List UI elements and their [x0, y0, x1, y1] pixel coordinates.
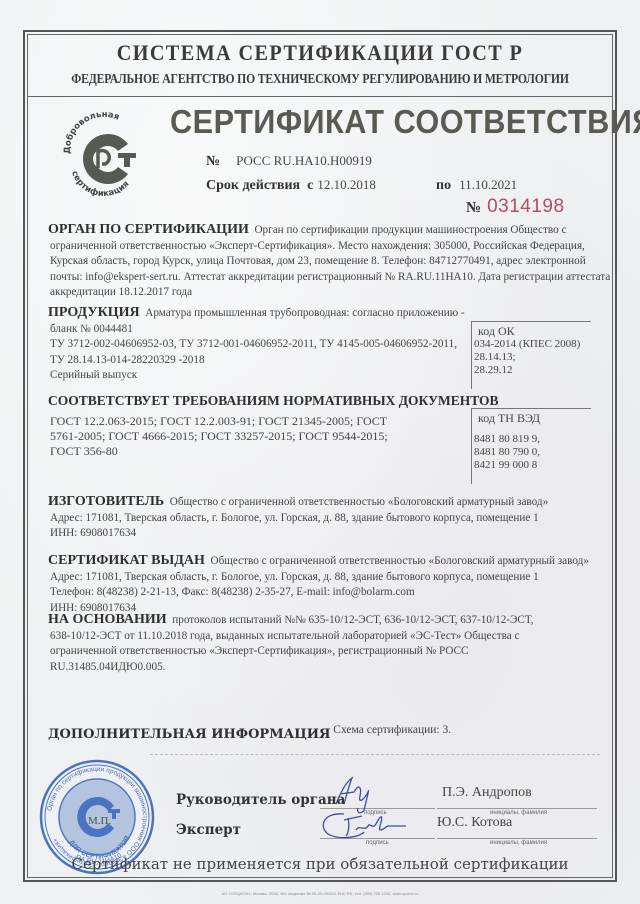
- manufacturer-line: Адрес: 171081, Тверская область, г. Боло…: [50, 511, 548, 527]
- issued-to-section: СЕРТИФИКАТ ВЫДАН Общество с ограниченной…: [48, 553, 589, 616]
- certification-body-line: аккредитации 18.12.2017 года: [50, 285, 610, 301]
- issued-to-details: Адрес: 171081, Тверская область, г. Боло…: [48, 570, 589, 617]
- okpd-code-values: 034-2014 (КПЕС 2008)28.14.13;28.29.12: [474, 338, 591, 377]
- tnved-code-line: 8421 99 000 8: [474, 459, 591, 472]
- issued-to-line: Адрес: 171081, Тверская область, г. Боло…: [50, 570, 589, 586]
- additional-info-section: ДОПОЛНИТЕЛЬНАЯ ИНФОРМАЦИЯ Схема сертифик…: [48, 723, 451, 744]
- system-title: СИСТЕМА СЕРТИФИКАЦИИ ГОСТ Р: [26, 40, 615, 66]
- basis-heading: НА ОСНОВАНИИ: [48, 612, 167, 627]
- serial-number-sign: №: [466, 200, 481, 216]
- head-name-line: [437, 808, 597, 809]
- product-line: ТУ 28.14.13-014-28220329 -2018: [50, 353, 465, 369]
- valid-until-label: по: [436, 178, 451, 193]
- okpd-code-line: 28.29.12: [474, 364, 591, 377]
- standard-line: ГОСТ 12.2.063-2015; ГОСТ 12.2.003-91; ГО…: [50, 414, 499, 429]
- expert-name: Ю.С. Котова: [437, 815, 512, 831]
- voluntary-certification-logo: Добровольная сертификация: [58, 112, 148, 202]
- basis-line: ограниченной ответственностью «Эксперт-С…: [50, 644, 533, 660]
- certification-body-details: ограниченной ответственностью «Эксперт-С…: [48, 239, 610, 301]
- additional-info-rule: [150, 754, 600, 755]
- basis-section: НА ОСНОВАНИИ протоколов испытаний №№ 635…: [48, 612, 533, 675]
- expert-signature-icon: [314, 806, 414, 846]
- serial-number: 0314198: [487, 196, 564, 217]
- okpd-code-line: 034-2014 (КПЕС 2008): [474, 338, 591, 351]
- okpd-code-line: 28.14.13;: [474, 351, 591, 364]
- head-name: П.Э. Андропов: [442, 785, 532, 801]
- basis-first-line: протоколов испытаний №№ 635-10/12-ЭСТ, 6…: [172, 614, 533, 626]
- issued-to-line: Телефон: 8(48238) 2-21-13, Факс: 8(48238…: [50, 585, 589, 601]
- valid-from-date: 12.10.2018: [317, 177, 376, 192]
- stamp-center-text: М.П.: [88, 815, 111, 827]
- manufacturer-details: Адрес: 171081, Тверская область, г. Боло…: [48, 511, 548, 542]
- manufacturer-first-line: Общество с ограниченной ответственностью…: [170, 496, 548, 508]
- product-section: ПРОДУКЦИЯ Арматура промышленная трубопро…: [48, 305, 465, 384]
- agency-name: ФЕДЕРАЛЬНОЕ АГЕНТСТВО ПО ТЕХНИЧЕСКОМУ РЕ…: [45, 71, 595, 87]
- product-line: бланк № 0044481: [50, 322, 465, 338]
- certificate-title: СЕРТИФИКАТ СООТВЕТСТВИЯ: [170, 103, 640, 141]
- basis-line: RU.31485.04ИДЮ0.005.: [50, 660, 533, 676]
- additional-info-text: Схема сертификации: 3.: [333, 724, 451, 736]
- certification-body-heading: ОРГАН ПО СЕРТИФИКАЦИИ: [48, 222, 249, 237]
- serial-number-row: №0314198: [466, 196, 565, 218]
- standard-line: ГОСТ 356-80: [50, 444, 499, 459]
- printer-imprint: АО «ОПЦИОН», Москва, 2018, «Б» лицензия …: [0, 891, 640, 896]
- pct-logo-icon: Добровольная сертификация: [58, 112, 148, 202]
- issued-to-first-line: Общество с ограниченной ответственностью…: [211, 555, 589, 567]
- product-first-line: Арматура промышленная трубопроводная: со…: [145, 307, 464, 319]
- conformity-standards: ГОСТ 12.2.063-2015; ГОСТ 12.2.003-91; ГО…: [48, 414, 499, 459]
- issued-to-heading: СЕРТИФИКАТ ВЫДАН: [48, 553, 205, 568]
- standard-line: 5761-2005; ГОСТ 4666-2015; ГОСТ 33257-20…: [50, 429, 499, 444]
- product-line: Серийный выпуск: [50, 368, 465, 384]
- header-divider: [27, 96, 613, 97]
- conformity-section: СООТВЕТСТВУЕТ ТРЕБОВАНИЯМ НОРМАТИВНЫХ ДО…: [48, 393, 499, 459]
- manufacturer-heading: ИЗГОТОВИТЕЛЬ: [48, 494, 164, 509]
- tnved-code-values: 8481 80 819 9,8481 80 790 0,8421 99 000 …: [474, 433, 591, 472]
- certification-body-first-line: Орган по сертификации продукции машиност…: [254, 224, 566, 236]
- registration-number: РОСС RU.HA10.H00919: [236, 153, 372, 168]
- certification-body-line: почты: info@ekspert-sert.ru. Аттестат ак…: [50, 270, 610, 286]
- manufacturer-line: ИНН: 6908017634: [50, 526, 548, 542]
- tnved-code-box: код ТН ВЭД 8481 80 819 9,8481 80 790 0,8…: [471, 408, 591, 484]
- registration-number-row: №РОСС RU.HA10.H00919: [206, 152, 372, 170]
- product-heading: ПРОДУКЦИЯ: [48, 305, 140, 320]
- additional-info-heading: ДОПОЛНИТЕЛЬНАЯ ИНФОРМАЦИЯ: [48, 727, 331, 742]
- okpd-code-box: код ОК 034-2014 (КПЕС 2008)28.14.13;28.2…: [471, 321, 591, 389]
- footnote: Сертификат не применяется при обязательн…: [0, 855, 640, 873]
- product-line: ТУ 3712-002-04606952-03, ТУ 3712-001-046…: [50, 337, 465, 353]
- expert-label: Эксперт: [176, 822, 241, 838]
- tnved-code-caption: код ТН ВЭД: [474, 412, 591, 425]
- okpd-code-caption: код ОК: [474, 325, 591, 338]
- certification-body-line: Курская область, город Курск, улица Почт…: [50, 254, 610, 270]
- validity-until-row: по11.10.2021: [436, 177, 517, 194]
- conformity-heading: СООТВЕТСТВУЕТ ТРЕБОВАНИЯМ НОРМАТИВНЫХ ДО…: [48, 393, 499, 408]
- product-details: бланк № 0044481ТУ 3712-002-04606952-03, …: [48, 322, 465, 384]
- certification-body-section: ОРГАН ПО СЕРТИФИКАЦИИ Орган по сертифика…: [48, 222, 610, 301]
- validity-label: Срок действия с: [206, 178, 313, 193]
- number-sign: №: [206, 154, 220, 169]
- expert-name-caption: инициалы, фамилия: [490, 840, 547, 846]
- manufacturer-section: ИЗГОТОВИТЕЛЬ Общество с ограниченной отв…: [48, 494, 548, 542]
- certification-body-line: ограниченной ответственностью «Эксперт-С…: [50, 239, 610, 255]
- tnved-code-line: 8481 80 819 9,: [474, 433, 591, 446]
- expert-name-line: [437, 838, 597, 839]
- tnved-code-line: 8481 80 790 0,: [474, 446, 591, 459]
- basis-line: 638-10/12-ЭСТ от 11.10.2018 года, выданн…: [50, 629, 533, 645]
- validity-from-row: Срок действия с12.10.2018: [206, 177, 376, 194]
- basis-details: 638-10/12-ЭСТ от 11.10.2018 года, выданн…: [48, 629, 533, 676]
- valid-until-date: 11.10.2021: [459, 177, 517, 192]
